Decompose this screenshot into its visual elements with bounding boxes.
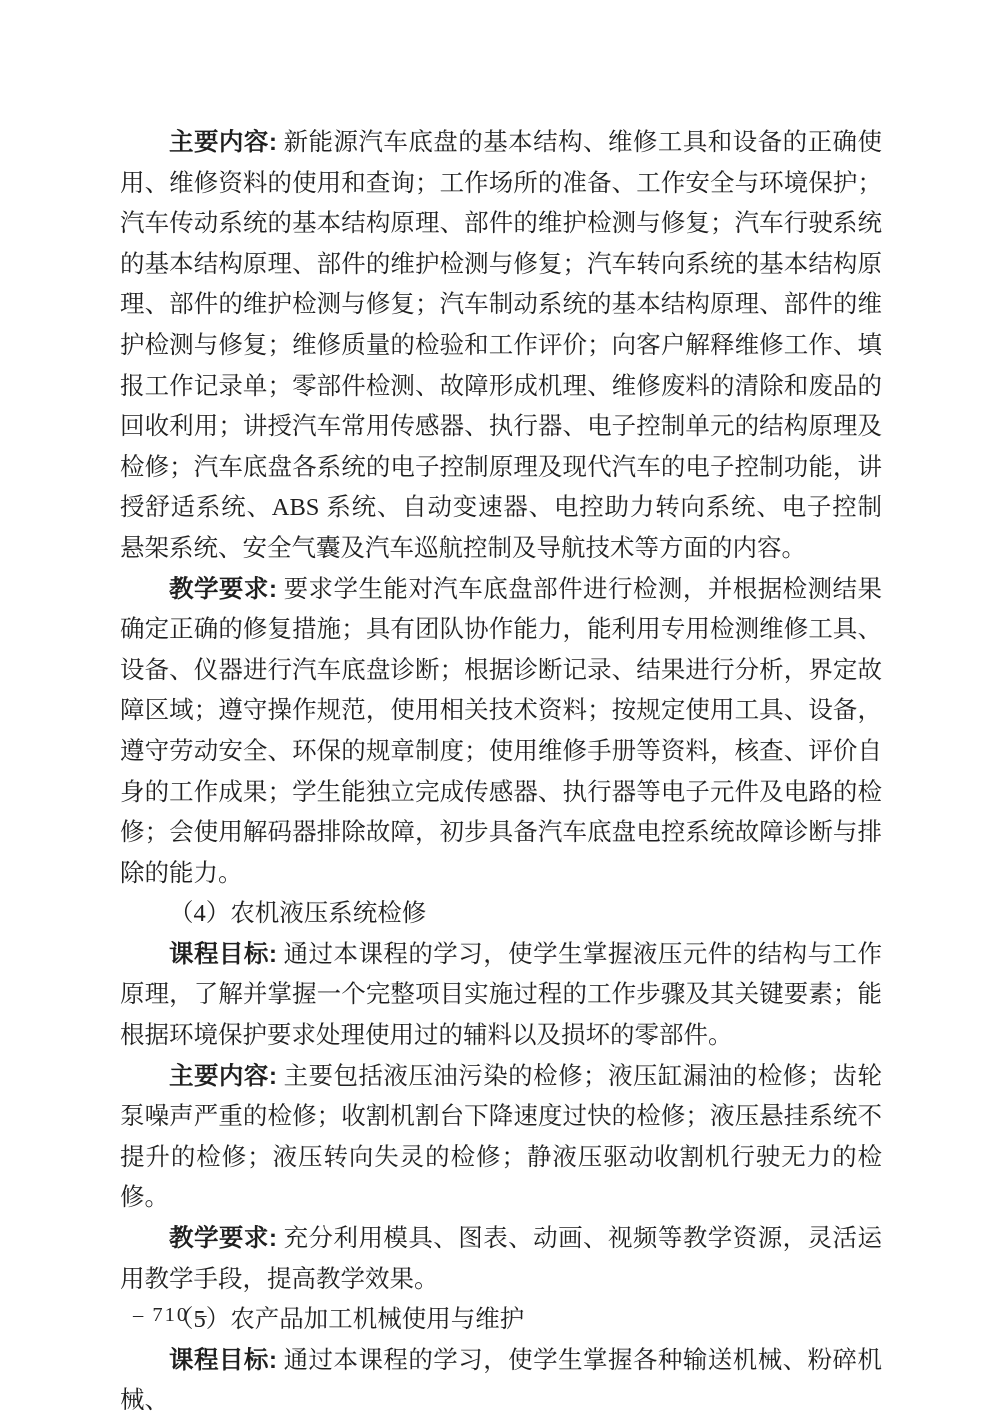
- paragraph: 课程目标: 通过本课程的学习，使学生掌握各种输送机械、粉碎机械、: [120, 1341, 882, 1414]
- paragraph-text: （4）农机液压系统检修: [169, 900, 426, 927]
- paragraph: 教学要求: 要求学生能对汽车底盘部件进行检测，并根据检测结果确定正确的修复措施；…: [120, 570, 882, 895]
- document-body: 主要内容: 新能源汽车底盘的基本结构、维修工具和设备的正确使用、维修资料的使用和…: [120, 123, 882, 1414]
- document-page: 主要内容: 新能源汽车底盘的基本结构、维修工具和设备的正确使用、维修资料的使用和…: [0, 0, 1000, 1414]
- page-number: – 710 –: [133, 1301, 209, 1329]
- paragraph-text: 要求学生能对汽车底盘部件进行检测，并根据检测结果确定正确的修复措施；具有团队协作…: [120, 576, 882, 887]
- paragraph: 主要内容: 新能源汽车底盘的基本结构、维修工具和设备的正确使用、维修资料的使用和…: [120, 123, 882, 570]
- paragraph: 教学要求: 充分利用模具、图表、动画、视频等教学资源，灵活运用教学手段，提高教学…: [120, 1219, 882, 1300]
- paragraph-label: 课程目标:: [169, 941, 277, 968]
- paragraph: 课程目标: 通过本课程的学习，使学生掌握液压元件的结构与工作原理，了解并掌握一个…: [120, 935, 882, 1057]
- paragraph-label: 主要内容:: [169, 129, 277, 156]
- paragraph-text: （5）农产品加工机械使用与维护: [169, 1306, 524, 1333]
- paragraph: （4）农机液压系统检修: [120, 894, 882, 935]
- paragraph-label: 教学要求:: [169, 576, 277, 603]
- paragraph: （5）农产品加工机械使用与维护: [120, 1300, 882, 1341]
- paragraph-label: 主要内容:: [169, 1063, 277, 1090]
- paragraph: 主要内容: 主要包括液压油污染的检修；液压缸漏油的检修；齿轮泵噪声严重的检修；收…: [120, 1057, 882, 1219]
- paragraph-label: 课程目标:: [169, 1347, 277, 1374]
- paragraph-text: 新能源汽车底盘的基本结构、维修工具和设备的正确使用、维修资料的使用和查询；工作场…: [120, 129, 882, 562]
- paragraph-label: 教学要求:: [169, 1225, 277, 1252]
